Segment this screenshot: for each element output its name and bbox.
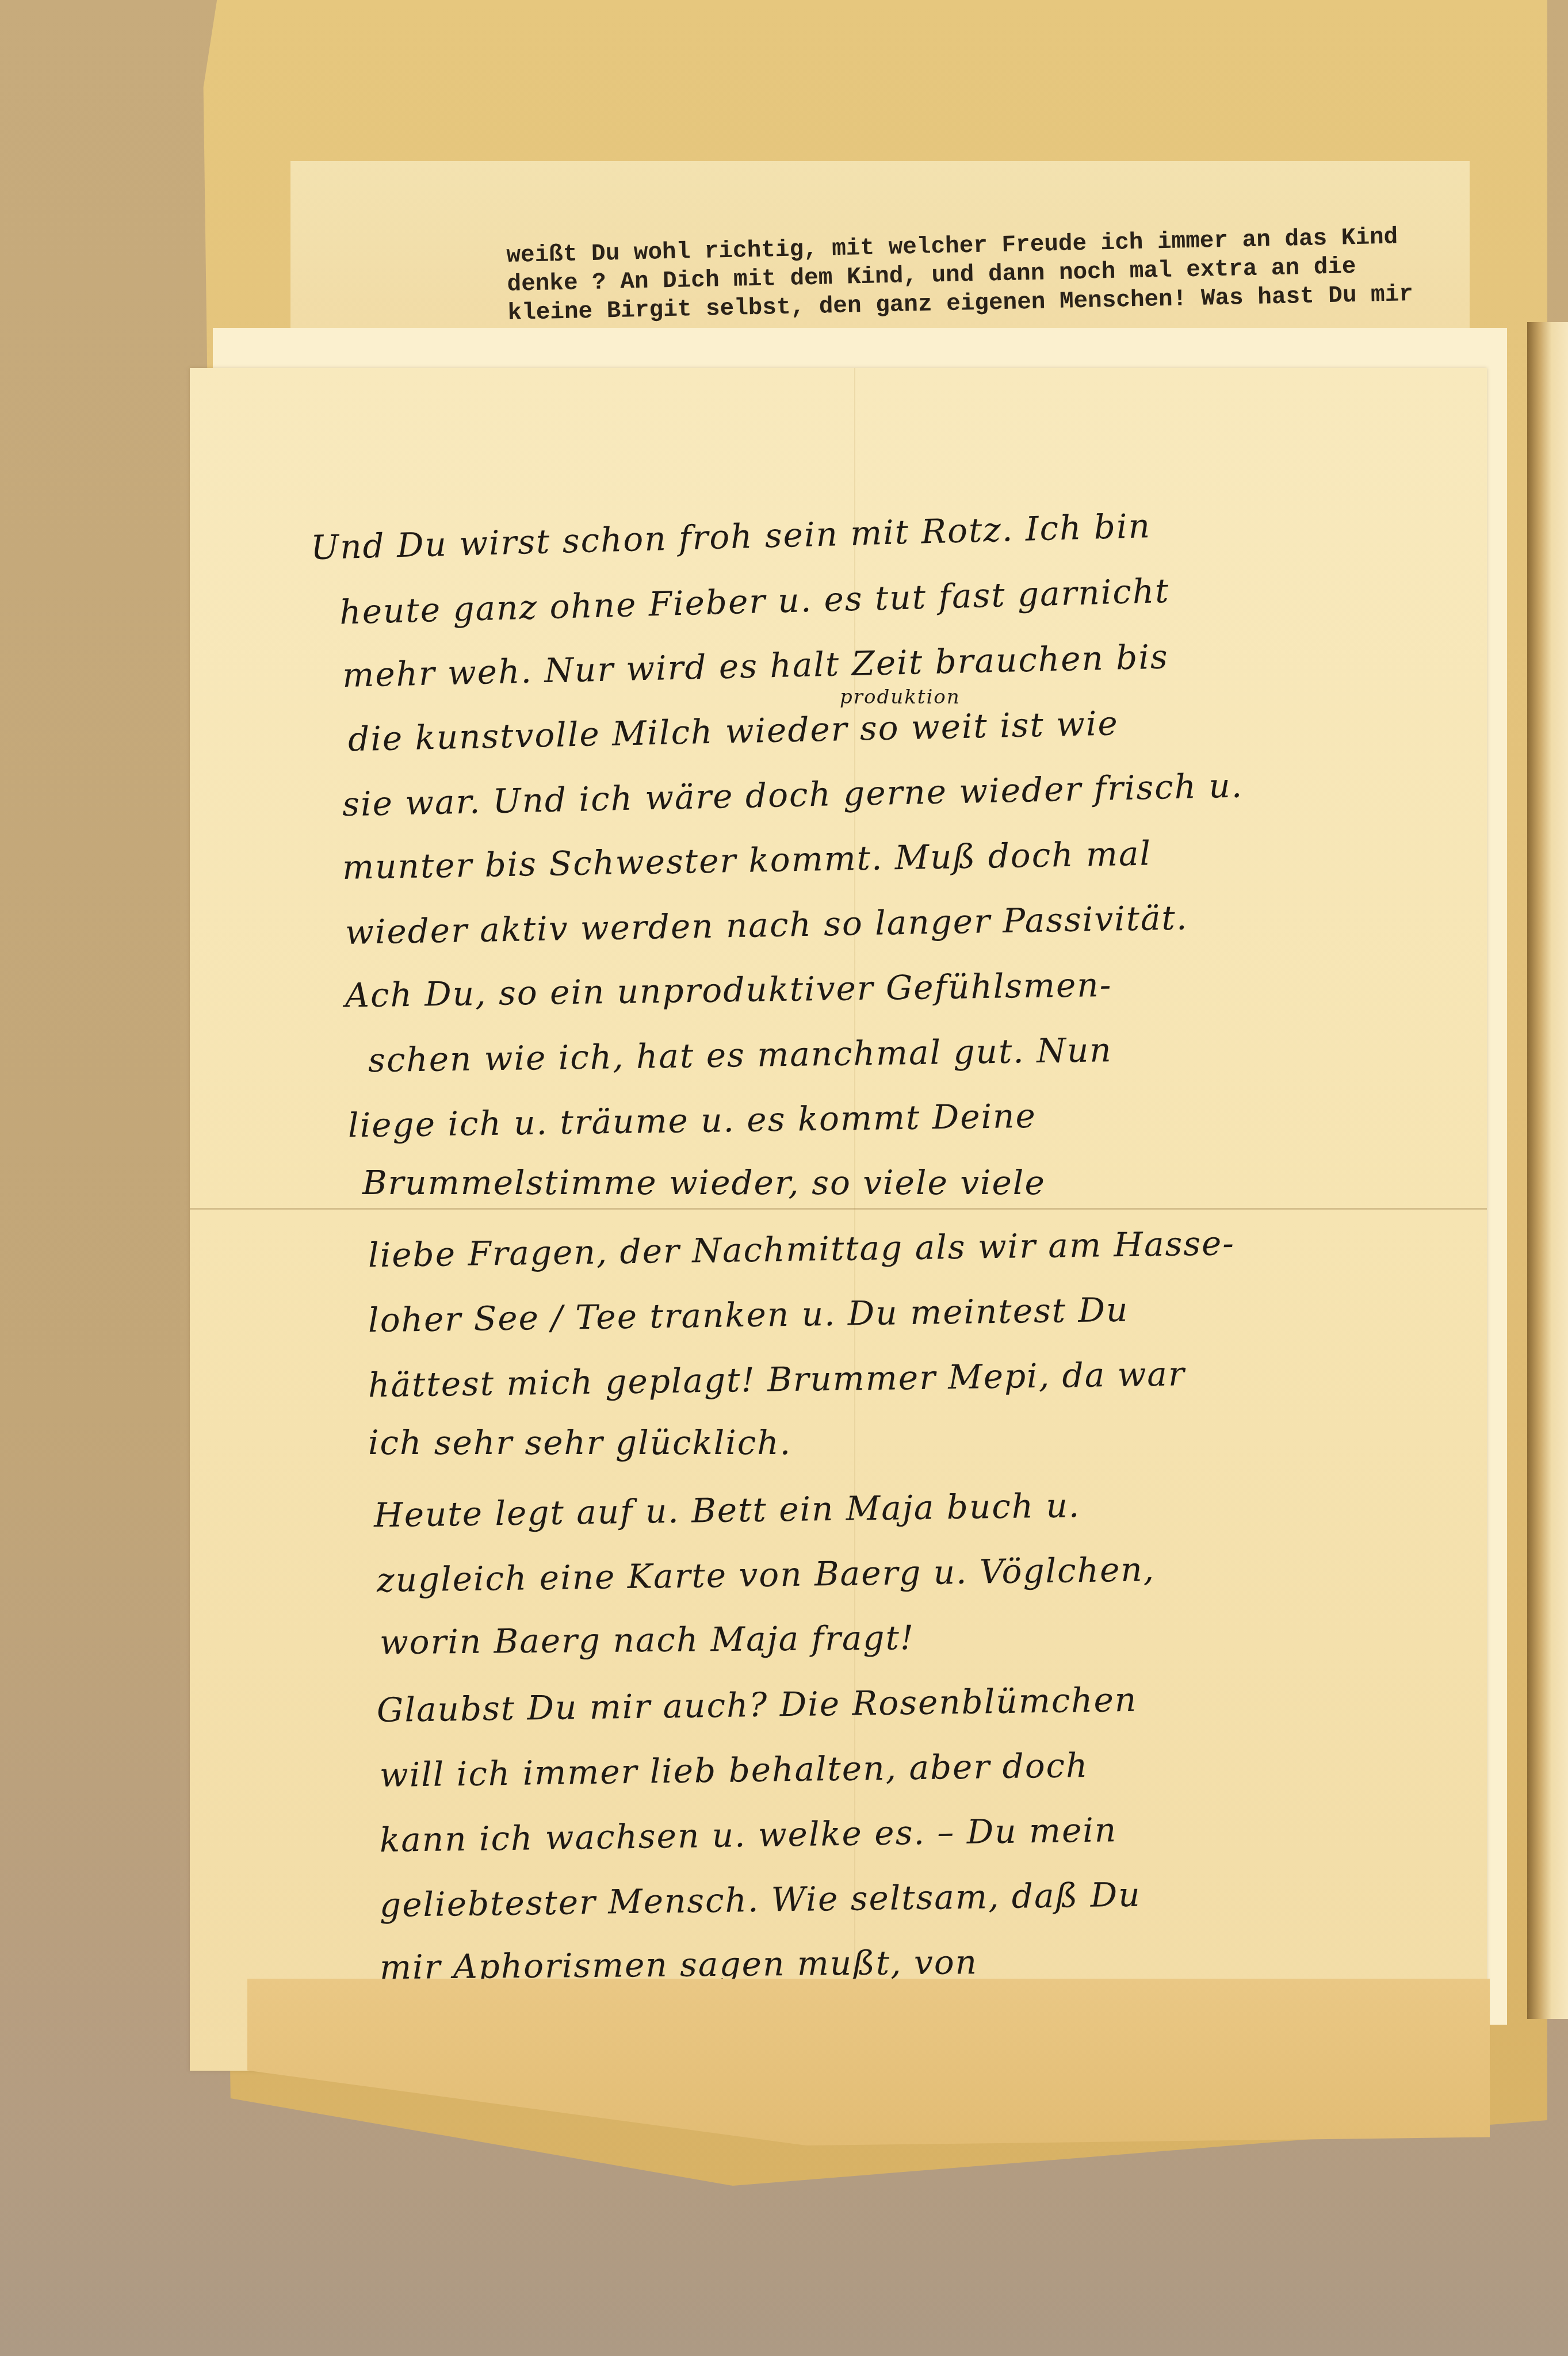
- handwritten-line: worin Baerg nach Maja fragt!: [380, 1601, 1462, 1675]
- handwritten-letter-page: Und Du wirst schon froh sein mit Rotz. I…: [190, 368, 1487, 2071]
- typed-text-block: weißt Du wohl richtig, mit welcher Freud…: [506, 221, 1486, 328]
- handwritten-line: Brummelstimme wieder, so viele viele: [362, 1150, 1461, 1215]
- handwritten-text-block: Und Du wirst schon froh sein mit Rotz. I…: [311, 500, 1461, 2060]
- adjacent-paper-stack: [1527, 322, 1568, 2019]
- typed-letter-page: weißt Du wohl richtig, mit welcher Freud…: [290, 161, 1470, 345]
- handwritten-line: ich sehr sehr glücklich.: [368, 1410, 1461, 1475]
